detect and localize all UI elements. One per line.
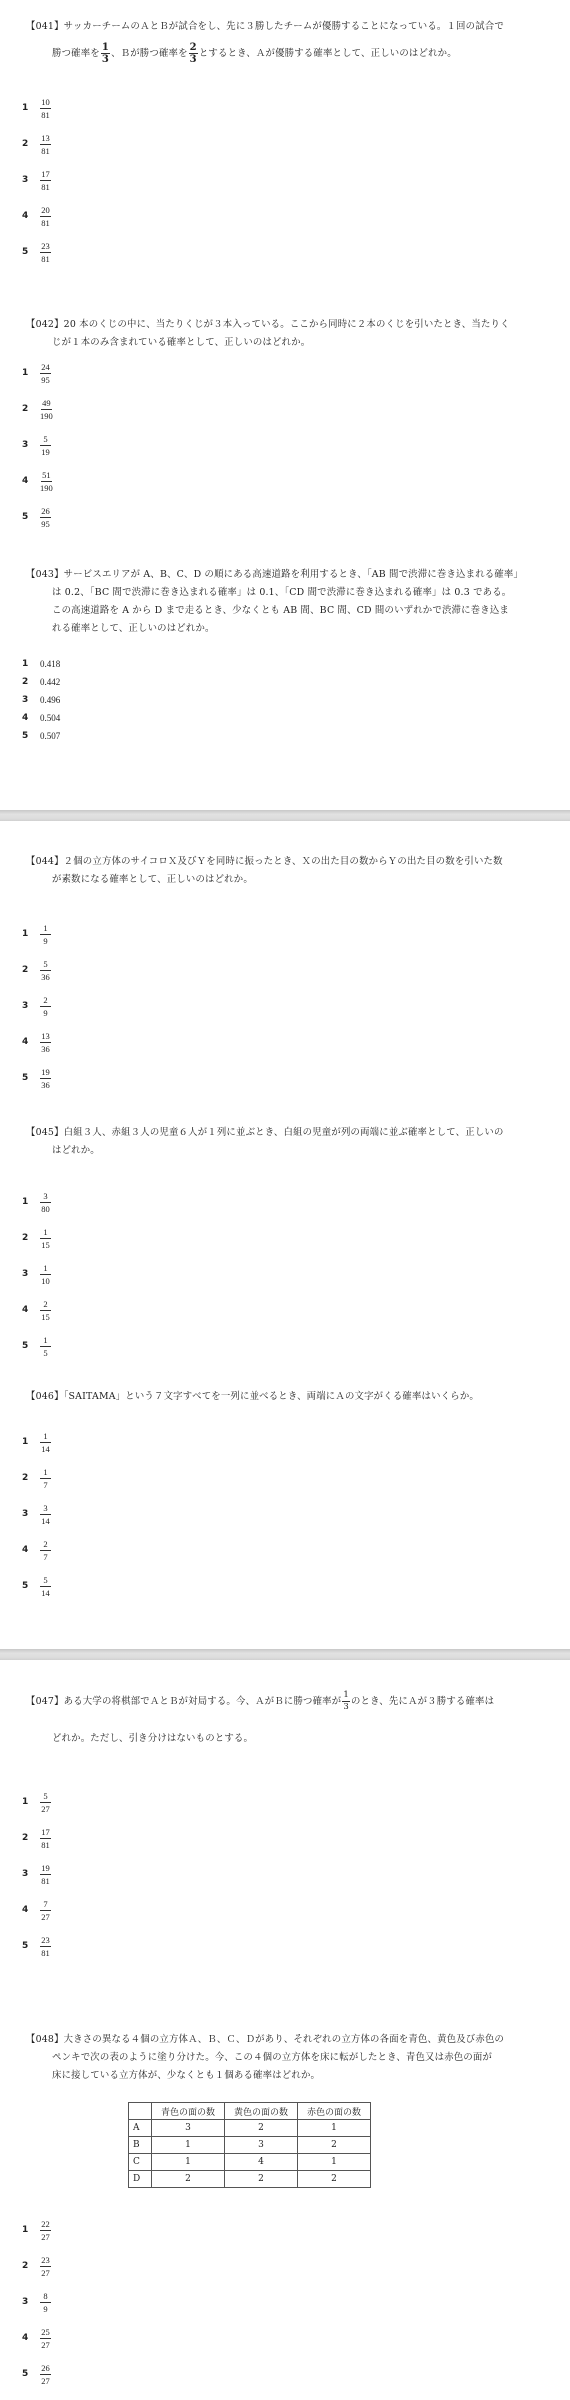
answer-option[interactable]: 5514 [22,1568,51,1604]
option-number: 2 [22,677,40,687]
numerator: 23 [40,1935,51,1947]
option-number: 1 [22,368,40,378]
numerator: 1 [101,42,110,54]
option-value: 0.504 [40,713,60,723]
inline-fraction: 13 [342,1690,350,1713]
question-text: サッカーチームのＡとＢが試合をし、先に３勝したチームが優勝することになっている。… [64,21,504,32]
question-text-line: 【047】ある大学の将棋部でＡとＢが対局する。今、ＡがＢに勝つ確率が13のとき、… [26,1690,546,1714]
denominator: 27 [41,2231,50,2242]
answer-option[interactable]: 50.507 [22,727,60,745]
option-value: 0.442 [40,677,60,687]
answer-option[interactable]: 1114 [22,1424,51,1460]
option-value: 0.418 [40,659,60,669]
numerator: 3 [40,1191,51,1203]
numerator: 13 [40,1031,51,1043]
question-text: 大きさの異なる４個の立方体Ａ、Ｂ、Ｃ、Ｄがあり、それぞれの立方体の各面を青色、黄… [64,2034,504,2045]
option-number: 5 [22,512,40,522]
numerator: 1 [40,1467,51,1479]
table-row: C 1 4 1 [129,2154,371,2171]
answer-option[interactable]: 10.418 [22,655,60,673]
question-text: 白組３人、赤組３人の児童６人が１列に並ぶとき、白組の児童が列の両端に並ぶ確率とし… [64,1127,504,1138]
numerator: 1 [40,1335,51,1347]
question-text-line: じが１本のみ含まれている確率として、正しいのはどれか。 [26,334,546,352]
question-text-line: 【045】白組３人、赤組３人の児童６人が１列に並ぶとき、白組の児童が列の両端に並… [26,1124,546,1142]
option-number: 3 [22,440,40,450]
fraction: 215 [40,1299,51,1322]
numerator: 51 [41,470,52,482]
answer-options-043: 10.418 20.442 30.496 40.504 50.507 [22,655,60,745]
fraction: 519 [40,434,51,457]
numerator: 17 [40,1827,51,1839]
question-text-line: れる確率として、正しいのはどれか。 [26,620,546,638]
question-043: 【043】サービスエリアが A、B、C、D の順にある高速道路を利用するとき、「… [26,566,546,638]
numerator: 7 [40,1899,51,1911]
table-row: B 1 3 2 [129,2137,371,2154]
fraction: 17 [40,1467,51,1490]
option-number: 3 [22,2297,40,2307]
question-text-line: 【046】「SAITAMA」という７文字すべてを一列に並べるとき、両端にＡの文字… [26,1388,546,1406]
answer-options-042: 12495 249190 3519 451190 52695 [22,355,53,535]
denominator: 81 [41,1947,50,1958]
numerator: 5 [40,434,51,446]
numerator: 49 [41,398,52,410]
fraction: 536 [40,959,51,982]
question-text-line: 勝つ確率を13、Ｂが勝つ確率を23とするとき、Ａが優勝する確率として、正しいのは… [26,42,546,65]
denominator: 9 [43,2303,47,2314]
numerator: 1 [342,1690,350,1702]
fraction: 514 [40,1575,51,1598]
fraction: 2381 [40,241,51,264]
option-number: 2 [22,404,40,414]
numerator: 1 [40,1263,51,1275]
option-number: 3 [22,695,40,705]
table-header: 青色の面の数 [152,2103,225,2120]
numerator: 26 [40,506,51,518]
fraction: 2695 [40,506,51,529]
question-047: 【047】ある大学の将棋部でＡとＢが対局する。今、ＡがＢに勝つ確率が13のとき、… [26,1690,546,1748]
option-number: 3 [22,1001,40,1011]
fraction: 49190 [40,398,53,421]
denominator: 27 [41,2267,50,2278]
option-number: 1 [22,1437,40,1447]
option-number: 1 [22,659,40,669]
denominator: 5 [43,1347,47,1358]
denominator: 27 [41,2375,50,2386]
option-number: 1 [22,1797,40,1807]
answer-option[interactable]: 2536 [22,952,51,988]
answer-option[interactable]: 52627 [22,2356,51,2392]
question-number: 【041】 [26,21,64,32]
answer-option[interactable]: 51936 [22,1060,51,1096]
denominator: 27 [41,1803,50,1814]
table-header: 赤色の面の数 [298,2103,371,2120]
answer-options-046: 1114 217 3314 427 5514 [22,1424,51,1604]
question-text: ある大学の将棋部でＡとＢが対局する。今、ＡがＢに勝つ確率が [64,1696,342,1707]
option-number: 3 [22,1509,40,1519]
answer-option[interactable]: 3110 [22,1256,51,1292]
question-text-line: はどれか。 [26,1142,546,1160]
option-number: 2 [22,1233,40,1243]
fraction: 51190 [40,470,53,493]
numerator: 10 [40,97,51,109]
denominator: 190 [40,482,53,493]
table-cell: 2 [298,2137,371,2154]
inline-fraction: 23 [189,42,198,65]
table-cell: B [129,2137,152,2154]
fraction: 15 [40,1335,51,1358]
option-number: 3 [22,1869,40,1879]
answer-option[interactable]: 12227 [22,2212,51,2248]
answer-option[interactable]: 4215 [22,1292,51,1328]
table-cell: 1 [298,2154,371,2171]
option-number: 4 [22,713,40,723]
numerator: 2 [40,1539,51,1551]
option-number: 5 [22,731,40,741]
denominator: 14 [41,1515,50,1526]
numerator: 24 [40,362,51,374]
table-cell: A [129,2120,152,2137]
answer-option[interactable]: 249190 [22,391,53,427]
denominator: 27 [41,2339,50,2350]
question-text-line: 【048】大きさの異なる４個の立方体Ａ、Ｂ、Ｃ、Ｄがあり、それぞれの立方体の各面… [26,2031,546,2049]
question-text-line: 【043】サービスエリアが A、B、C、D の順にある高速道路を利用するとき、「… [26,566,546,584]
numerator: 25 [40,2327,51,2339]
fraction: 115 [40,1227,51,1250]
option-number: 4 [22,1905,40,1915]
option-number: 2 [22,2261,40,2271]
question-text: 、Ｂが勝つ確率を [111,48,188,59]
question-text: とするとき、Ａが優勝する確率として、正しいのはどれか。 [199,48,457,59]
numerator: 5 [40,1791,51,1803]
answer-option[interactable]: 40.504 [22,709,60,727]
table-header [129,2103,152,2120]
question-text-line: この高速道路を A から D まで走るとき、少なくとも AB 間、BC 間、CD… [26,602,546,620]
fraction: 2227 [40,2219,51,2242]
denominator: 7 [43,1479,47,1490]
fraction: 727 [40,1899,51,1922]
denominator: 15 [41,1239,50,1250]
question-text: 勝つ確率を [52,48,100,59]
answer-option[interactable]: 52381 [22,1928,51,1964]
numerator: 1 [40,1227,51,1239]
option-number: 1 [22,1197,40,1207]
numerator: 5 [40,959,51,971]
numerator: 23 [40,241,51,253]
fraction: 110 [40,1263,51,1286]
fraction: 1936 [40,1067,51,1090]
answer-option[interactable]: 12495 [22,355,53,391]
option-number: 3 [22,175,40,185]
option-number: 5 [22,2369,40,2379]
option-value: 0.496 [40,695,60,705]
option-number: 4 [22,476,40,486]
inline-fraction: 13 [101,42,110,65]
numerator: 1 [40,923,51,935]
table-row: D 2 2 2 [129,2171,371,2188]
numerator: 1 [40,1431,51,1443]
denominator: 9 [43,935,47,946]
denominator: 81 [41,217,50,228]
question-number: 【044】 [26,856,64,867]
denominator: 36 [41,1079,50,1090]
numerator: 3 [40,1503,51,1515]
question-number: 【045】 [26,1127,64,1138]
question-044: 【044】２個の立方体のサイコロＸ及びＹを同時に振ったとき、Ｘの出た目の数からＹ… [26,853,546,889]
question-text-line: ペンキで次の表のように塗り分けた。今、この４個の立方体を床に転がしたとき、青色又… [26,2049,546,2067]
denominator: 81 [41,109,50,120]
answer-options-044: 119 2536 329 41336 51936 [22,916,51,1096]
table-header-row: 青色の面の数 黄色の面の数 赤色の面の数 [129,2103,371,2120]
option-number: 1 [22,929,40,939]
option-number: 5 [22,1341,40,1351]
option-number: 5 [22,1073,40,1083]
option-number: 1 [22,2225,40,2235]
fraction: 380 [40,1191,51,1214]
fraction: 1381 [40,133,51,156]
numerator: 17 [40,169,51,181]
fraction: 1336 [40,1031,51,1054]
denominator: 81 [41,1839,50,1850]
question-text-line: 【044】２個の立方体のサイコロＸ及びＹを同時に振ったとき、Ｘの出た目の数からＹ… [26,853,546,871]
option-number: 5 [22,1581,40,1591]
question-text-line: は 0.2、「BC 間で渋滞に巻き込まれる確率」は 0.1、「CD 間で渋滞に巻… [26,584,546,602]
numerator: 2 [189,42,198,54]
numerator: 26 [40,2363,51,2375]
numerator: 19 [40,1067,51,1079]
denominator: 10 [41,1275,50,1286]
question-045: 【045】白組３人、赤組３人の児童６人が１列に並ぶとき、白組の児童が列の両端に並… [26,1124,546,1160]
fraction: 1981 [40,1863,51,1886]
numerator: 2 [40,1299,51,1311]
question-text-line: 床に接している立方体が、少なくとも１個ある確率はどれか。 [26,2067,546,2085]
denominator: 3 [343,1702,349,1713]
answer-option[interactable]: 30.496 [22,691,60,709]
option-number: 5 [22,1941,40,1951]
denominator: 95 [41,374,50,385]
answer-option[interactable]: 11081 [22,90,51,126]
table-cell: 2 [225,2171,298,2188]
option-number: 4 [22,1037,40,1047]
question-text-line: どれか。ただし、引き分けはないものとする。 [26,1730,546,1748]
answer-option[interactable]: 427 [22,1532,51,1568]
fraction: 527 [40,1791,51,1814]
fraction: 2327 [40,2255,51,2278]
option-number: 4 [22,1545,40,1555]
answer-option[interactable]: 31981 [22,1856,51,1892]
question-number: 【043】 [26,569,64,580]
question-text-line: が素数になる確率として、正しいのはどれか。 [26,871,546,889]
numerator: 8 [40,2291,51,2303]
fraction: 19 [40,923,51,946]
answer-option[interactable]: 41336 [22,1024,51,1060]
table-row: A 3 2 1 [129,2120,371,2137]
question-042: 【042】20 本のくじの中に、当たりくじが３本入っている。ここから同時に２本の… [26,316,546,352]
answer-option[interactable]: 42527 [22,2320,51,2356]
answer-options-047: 1527 21781 31981 4727 52381 [22,1784,51,1964]
table-cell: C [129,2154,152,2171]
denominator: 14 [41,1587,50,1598]
answer-options-048: 12227 22327 389 42527 52627 [22,2212,51,2392]
answer-option[interactable]: 217 [22,1460,51,1496]
question-041: 【041】サッカーチームのＡとＢが試合をし、先に３勝したチームが優勝することにな… [26,18,546,65]
fraction: 2081 [40,205,51,228]
table-cell: 2 [298,2171,371,2188]
denominator: 81 [41,145,50,156]
fraction: 114 [40,1431,51,1454]
question-text: 「SAITAMA」という７文字すべてを一列に並べるとき、両端にＡの文字がくる確率… [64,1391,479,1402]
answer-option[interactable]: 515 [22,1328,51,1364]
option-number: 2 [22,965,40,975]
answer-option[interactable]: 451190 [22,463,53,499]
denominator: 81 [41,253,50,264]
question-number: 【046】 [26,1391,64,1402]
option-number: 2 [22,1473,40,1483]
denominator: 19 [41,446,50,457]
table-cell: 2 [225,2120,298,2137]
question-text: ２個の立方体のサイコロＸ及びＹを同時に振ったとき、Ｘの出た目の数からＹの出た目の… [64,856,503,867]
fraction: 1081 [40,97,51,120]
option-number: 1 [22,103,40,113]
answer-option[interactable]: 4727 [22,1892,51,1928]
fraction: 29 [40,995,51,1018]
question-text: のとき、先にＡが３勝する確率は [351,1696,494,1707]
denominator: 3 [190,54,197,65]
denominator: 14 [41,1443,50,1454]
option-number: 4 [22,211,40,221]
option-number: 4 [22,2333,40,2343]
question-text-line: 【041】サッカーチームのＡとＢが試合をし、先に３勝したチームが優勝することにな… [26,18,546,36]
fraction: 2527 [40,2327,51,2350]
option-number: 2 [22,139,40,149]
fraction: 2381 [40,1935,51,1958]
denominator: 36 [41,971,50,982]
answer-options-041: 11081 21381 31781 42081 52381 [22,90,51,270]
answer-option[interactable]: 329 [22,988,51,1024]
answer-option[interactable]: 21381 [22,126,51,162]
option-number: 2 [22,1833,40,1843]
question-number: 【047】 [26,1696,64,1707]
fraction: 1781 [40,169,51,192]
answer-option[interactable]: 21781 [22,1820,51,1856]
fraction: 314 [40,1503,51,1526]
answer-option[interactable]: 52695 [22,499,53,535]
answer-option[interactable]: 22327 [22,2248,51,2284]
fraction: 89 [40,2291,51,2314]
question-046: 【046】「SAITAMA」という７文字すべてを一列に並べるとき、両端にＡの文字… [26,1388,546,1406]
denominator: 3 [102,54,109,65]
denominator: 27 [41,1911,50,1922]
denominator: 15 [41,1311,50,1322]
table-cell: 3 [152,2120,225,2137]
question-number: 【042】 [26,319,64,330]
option-number: 5 [22,247,40,257]
page-separator [0,810,570,821]
denominator: 9 [43,1007,47,1018]
table-cell: 3 [225,2137,298,2154]
denominator: 36 [41,1043,50,1054]
numerator: 22 [40,2219,51,2231]
table-cell: D [129,2171,152,2188]
option-value: 0.507 [40,731,60,741]
fraction: 2627 [40,2363,51,2386]
answer-option[interactable]: 3519 [22,427,53,463]
answer-option[interactable]: 1380 [22,1184,51,1220]
answer-option[interactable]: 2115 [22,1220,51,1256]
answer-option[interactable]: 119 [22,916,51,952]
numerator: 23 [40,2255,51,2267]
denominator: 95 [41,518,50,529]
table-cell: 1 [152,2154,225,2171]
fraction: 1781 [40,1827,51,1850]
denominator: 81 [41,1875,50,1886]
answer-option[interactable]: 1527 [22,1784,51,1820]
option-number: 4 [22,1305,40,1315]
answer-option[interactable]: 20.442 [22,673,60,691]
question-text-line: 【042】20 本のくじの中に、当たりくじが３本入っている。ここから同時に２本の… [26,316,546,334]
question-048: 【048】大きさの異なる４個の立方体Ａ、Ｂ、Ｃ、Ｄがあり、それぞれの立方体の各面… [26,2031,546,2085]
numerator: 2 [40,995,51,1007]
denominator: 7 [43,1551,47,1562]
denominator: 80 [41,1203,50,1214]
table-cell: 2 [152,2171,225,2188]
answer-option[interactable]: 42081 [22,198,51,234]
numerator: 20 [40,205,51,217]
denominator: 190 [40,410,53,421]
question-text: サービスエリアが A、B、C、D の順にある高速道路を利用するとき、「AB 間で… [64,569,523,580]
answer-option[interactable]: 3314 [22,1496,51,1532]
answer-options-045: 1380 2115 3110 4215 515 [22,1184,51,1364]
answer-option[interactable]: 31781 [22,162,51,198]
answer-option[interactable]: 52381 [22,234,51,270]
page-separator [0,1649,570,1660]
table-cell: 4 [225,2154,298,2171]
table-cell: 1 [152,2137,225,2154]
fraction: 27 [40,1539,51,1562]
denominator: 81 [41,181,50,192]
table-cell: 1 [298,2120,371,2137]
numerator: 5 [40,1575,51,1587]
fraction: 2495 [40,362,51,385]
paint-table: 青色の面の数 黄色の面の数 赤色の面の数 A 3 2 1 B 1 3 2 C 1… [128,2102,371,2188]
question-text: 20 本のくじの中に、当たりくじが３本入っている。ここから同時に２本のくじを引い… [64,319,510,330]
table-header: 黄色の面の数 [225,2103,298,2120]
numerator: 19 [40,1863,51,1875]
question-number: 【048】 [26,2034,64,2045]
option-number: 3 [22,1269,40,1279]
answer-option[interactable]: 389 [22,2284,51,2320]
numerator: 13 [40,133,51,145]
